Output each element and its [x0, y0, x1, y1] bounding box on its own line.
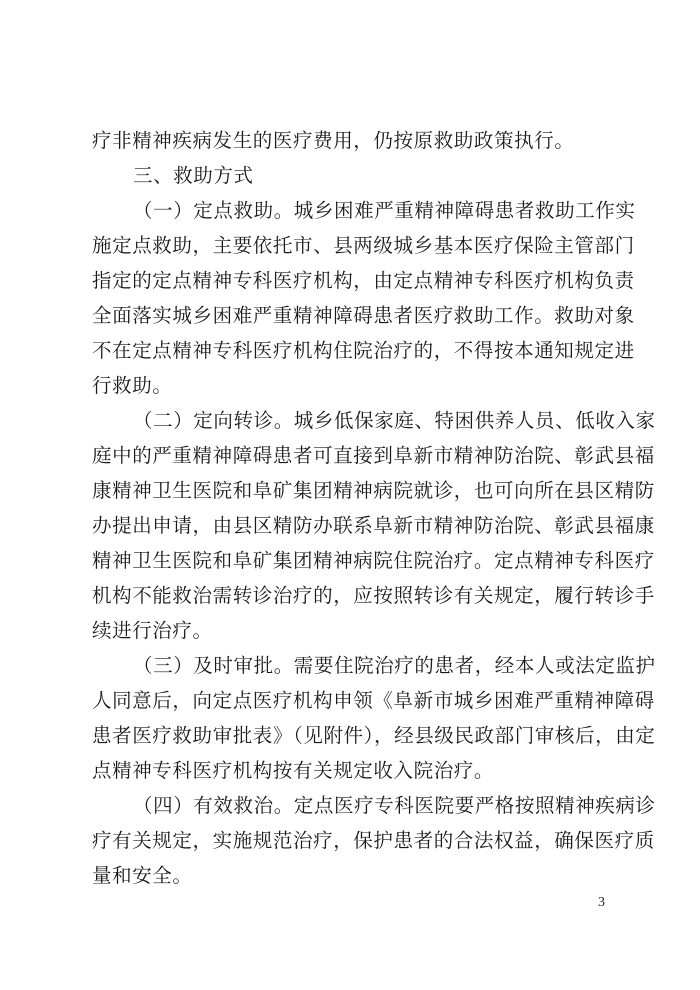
text-line: 患者医疗救助审批表》（见附件），经县级民政部门审核后，由定 — [92, 718, 612, 753]
paragraph-item-3: （三）及时审批。需要住院治疗的患者，经本人或法定监护 人同意后，向定点医疗机构申… — [92, 648, 612, 788]
section-heading: 三、救助方式 — [92, 158, 612, 193]
text-line: 机构不能救治需转诊治疗的，应按照转诊有关规定，履行转诊手 — [92, 578, 612, 613]
text-line: 点精神专科医疗机构按有关规定收入院治疗。 — [92, 753, 612, 788]
body-text: 疗非精神疾病发生的医疗费用，仍按原救助政策执行。 三、救助方式 （一）定点救助。… — [92, 123, 612, 893]
text-line: （二）定向转诊。城乡低保家庭、特困供养人员、低收入家 — [92, 403, 612, 438]
text-line: 施定点救助，主要依托市、县两级城乡基本医疗保险主管部门 — [92, 228, 612, 263]
paragraph-item-2: （二）定向转诊。城乡低保家庭、特困供养人员、低收入家 庭中的严重精神障碍患者可直… — [92, 403, 612, 648]
paragraph-item-1: （一）定点救助。城乡困难严重精神障碍患者救助工作实 施定点救助，主要依托市、县两… — [92, 193, 612, 403]
text-line: 精神卫生医院和阜矿集团精神病院住院治疗。定点精神专科医疗 — [92, 543, 612, 578]
text-line: 指定的定点精神专科医疗机构，由定点精神专科医疗机构负责 — [92, 263, 612, 298]
text-line: 全面落实城乡困难严重精神障碍患者医疗救助工作。救助对象 — [92, 298, 612, 333]
text-line: 不在定点精神专科医疗机构住院治疗的，不得按本通知规定进 — [92, 333, 612, 368]
text-line: 人同意后，向定点医疗机构申领《阜新市城乡困难严重精神障碍 — [92, 683, 612, 718]
text-line: 续进行治疗。 — [92, 613, 612, 648]
text-line: 疗有关规定，实施规范治疗，保护患者的合法权益，确保医疗质 — [92, 823, 612, 858]
paragraph-continuation: 疗非精神疾病发生的医疗费用，仍按原救助政策执行。 — [92, 123, 612, 158]
page-number: 3 — [598, 895, 605, 911]
section-heading-text: 三、救助方式 — [92, 158, 612, 193]
text-line: （一）定点救助。城乡困难严重精神障碍患者救助工作实 — [92, 193, 612, 228]
text-line: （三）及时审批。需要住院治疗的患者，经本人或法定监护 — [92, 648, 612, 683]
text-line: 康精神卫生医院和阜矿集团精神病院就诊，也可向所在县区精防 — [92, 473, 612, 508]
text-line: 疗非精神疾病发生的医疗费用，仍按原救助政策执行。 — [92, 123, 612, 158]
document-page: 疗非精神疾病发生的医疗费用，仍按原救助政策执行。 三、救助方式 （一）定点救助。… — [0, 0, 700, 990]
text-line: 庭中的严重精神障碍患者可直接到阜新市精神防治院、彰武县福 — [92, 438, 612, 473]
text-line: 量和安全。 — [92, 858, 612, 893]
text-line: 办提出申请，由县区精防办联系阜新市精神防治院、彰武县福康 — [92, 508, 612, 543]
text-line: 行救助。 — [92, 368, 612, 403]
text-line: （四）有效救治。定点医疗专科医院要严格按照精神疾病诊 — [92, 788, 612, 823]
paragraph-item-4: （四）有效救治。定点医疗专科医院要严格按照精神疾病诊 疗有关规定，实施规范治疗，… — [92, 788, 612, 893]
